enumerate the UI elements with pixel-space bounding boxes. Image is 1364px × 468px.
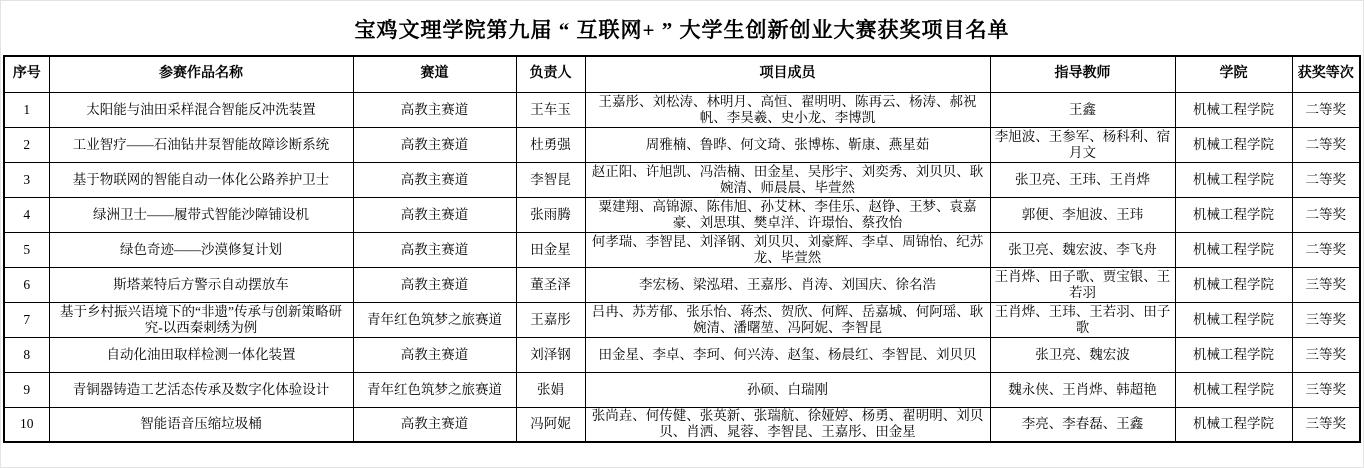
cell-college: 机械工程学院	[1175, 162, 1292, 197]
cell-leader: 王车玉	[516, 92, 585, 127]
table-body: 1太阳能与油田采样混合智能反冲洗装置高教主赛道王车玉王嘉彤、刘松涛、林明月、高恒…	[4, 92, 1360, 442]
page-title: 宝鸡文理学院第九届 “ 互联网+ ” 大学生创新创业大赛获奖项目名单	[1, 1, 1363, 55]
table-row: 1太阳能与油田采样混合智能反冲洗装置高教主赛道王车玉王嘉彤、刘松涛、林明月、高恒…	[4, 92, 1360, 127]
cell-no: 10	[4, 407, 49, 442]
cell-advisors: 王肖烨、王玮、王若羽、田子歌	[990, 302, 1175, 337]
cell-advisors: 魏永侠、王肖烨、韩超艳	[990, 372, 1175, 407]
cell-members: 吕冉、苏芳郁、张乐怡、蒋杰、贺欣、何辉、岳嘉城、何阿瑶、耿婉清、潘曙堃、冯阿妮、…	[585, 302, 990, 337]
cell-award: 二等奖	[1292, 232, 1360, 267]
cell-track: 高教主赛道	[353, 407, 516, 442]
cell-name: 自动化油田取样检测一体化装置	[49, 337, 353, 372]
cell-award: 三等奖	[1292, 337, 1360, 372]
cell-award: 三等奖	[1292, 407, 1360, 442]
cell-name: 工业智疗——石油钻井泵智能故障诊断系统	[49, 127, 353, 162]
cell-track: 高教主赛道	[353, 92, 516, 127]
cell-award: 二等奖	[1292, 92, 1360, 127]
cell-no: 6	[4, 267, 49, 302]
cell-members: 张尚垚、何传健、张英新、张瑞航、徐娅婷、杨勇、翟明明、刘贝贝、肖洒、晁蓉、李智昆…	[585, 407, 990, 442]
cell-award: 三等奖	[1292, 302, 1360, 337]
cell-no: 7	[4, 302, 49, 337]
cell-advisors: 王鑫	[990, 92, 1175, 127]
cell-college: 机械工程学院	[1175, 92, 1292, 127]
cell-leader: 田金星	[516, 232, 585, 267]
cell-no: 2	[4, 127, 49, 162]
cell-members: 王嘉彤、刘松涛、林明月、高恒、翟明明、陈再云、杨涛、郝祝帆、李昊羲、史小龙、李博…	[585, 92, 990, 127]
cell-leader: 冯阿妮	[516, 407, 585, 442]
cell-members: 赵正阳、许旭凯、冯浩楠、田金星、吴彤宇、刘奕秀、刘贝贝、耿婉清、师晨晨、毕萱然	[585, 162, 990, 197]
cell-advisors: 王肖烨、田子歌、贾宝银、王若羽	[990, 267, 1175, 302]
cell-members: 田金星、李卓、李珂、何兴涛、赵玺、杨晨红、李智昆、刘贝贝	[585, 337, 990, 372]
cell-members: 粟建翔、高锦源、陈伟旭、孙艾林、李佳乐、赵铮、王梦、袁嘉豪、刘思琪、樊卓洋、许璟…	[585, 197, 990, 232]
cell-award: 二等奖	[1292, 197, 1360, 232]
cell-track: 高教主赛道	[353, 232, 516, 267]
header-college: 学院	[1175, 56, 1292, 92]
cell-college: 机械工程学院	[1175, 197, 1292, 232]
cell-name: 智能语音压缩垃圾桶	[49, 407, 353, 442]
cell-leader: 刘泽钢	[516, 337, 585, 372]
table-row: 4绿洲卫士——履带式智能沙障铺设机高教主赛道张雨腾粟建翔、高锦源、陈伟旭、孙艾林…	[4, 197, 1360, 232]
cell-no: 8	[4, 337, 49, 372]
cell-name: 基于物联网的智能自动一体化公路养护卫士	[49, 162, 353, 197]
cell-members: 李宏杨、梁泓珺、王嘉彤、肖涛、刘国庆、徐名浩	[585, 267, 990, 302]
cell-award: 三等奖	[1292, 267, 1360, 302]
cell-name: 绿洲卫士——履带式智能沙障铺设机	[49, 197, 353, 232]
cell-track: 高教主赛道	[353, 162, 516, 197]
cell-no: 5	[4, 232, 49, 267]
table-row: 8自动化油田取样检测一体化装置高教主赛道刘泽钢田金星、李卓、李珂、何兴涛、赵玺、…	[4, 337, 1360, 372]
cell-name: 基于乡村振兴语境下的“非遗”传承与创新策略研究-以西秦刺绣为例	[49, 302, 353, 337]
cell-no: 9	[4, 372, 49, 407]
cell-college: 机械工程学院	[1175, 372, 1292, 407]
cell-college: 机械工程学院	[1175, 337, 1292, 372]
cell-college: 机械工程学院	[1175, 267, 1292, 302]
cell-track: 高教主赛道	[353, 127, 516, 162]
table-row: 7基于乡村振兴语境下的“非遗”传承与创新策略研究-以西秦刺绣为例青年红色筑梦之旅…	[4, 302, 1360, 337]
cell-leader: 王嘉彤	[516, 302, 585, 337]
table-header-row: 序号 参赛作品名称 赛道 负责人 项目成员 指导教师 学院 获奖等次	[4, 56, 1360, 92]
cell-leader: 杜勇强	[516, 127, 585, 162]
cell-advisors: 郭便、李旭波、王玮	[990, 197, 1175, 232]
cell-name: 斯塔莱特后方警示自动摆放车	[49, 267, 353, 302]
cell-track: 青年红色筑梦之旅赛道	[353, 372, 516, 407]
cell-advisors: 李亮、李春磊、王鑫	[990, 407, 1175, 442]
cell-college: 机械工程学院	[1175, 232, 1292, 267]
page: 宝鸡文理学院第九届 “ 互联网+ ” 大学生创新创业大赛获奖项目名单 序号 参赛…	[0, 0, 1364, 468]
cell-advisors: 张卫亮、魏宏波、李飞舟	[990, 232, 1175, 267]
cell-track: 高教主赛道	[353, 197, 516, 232]
cell-members: 何孝瑞、李智昆、刘泽钢、刘贝贝、刘豪辉、李卓、周锦怡、纪苏龙、毕萱然	[585, 232, 990, 267]
cell-award: 三等奖	[1292, 372, 1360, 407]
header-name: 参赛作品名称	[49, 56, 353, 92]
header-award: 获奖等次	[1292, 56, 1360, 92]
table-row: 3基于物联网的智能自动一体化公路养护卫士高教主赛道李智昆赵正阳、许旭凯、冯浩楠、…	[4, 162, 1360, 197]
cell-award: 二等奖	[1292, 127, 1360, 162]
cell-name: 绿色奇迹——沙漠修复计划	[49, 232, 353, 267]
header-advisors: 指导教师	[990, 56, 1175, 92]
cell-track: 高教主赛道	[353, 267, 516, 302]
cell-no: 3	[4, 162, 49, 197]
table-row: 10智能语音压缩垃圾桶高教主赛道冯阿妮张尚垚、何传健、张英新、张瑞航、徐娅婷、杨…	[4, 407, 1360, 442]
cell-name: 太阳能与油田采样混合智能反冲洗装置	[49, 92, 353, 127]
cell-advisors: 张卫亮、魏宏波	[990, 337, 1175, 372]
table-row: 5绿色奇迹——沙漠修复计划高教主赛道田金星何孝瑞、李智昆、刘泽钢、刘贝贝、刘豪辉…	[4, 232, 1360, 267]
cell-leader: 张娟	[516, 372, 585, 407]
cell-leader: 李智昆	[516, 162, 585, 197]
cell-track: 青年红色筑梦之旅赛道	[353, 302, 516, 337]
cell-members: 孙硕、白瑞刚	[585, 372, 990, 407]
header-leader: 负责人	[516, 56, 585, 92]
cell-leader: 董圣泽	[516, 267, 585, 302]
cell-no: 1	[4, 92, 49, 127]
header-no: 序号	[4, 56, 49, 92]
header-track: 赛道	[353, 56, 516, 92]
awards-table: 序号 参赛作品名称 赛道 负责人 项目成员 指导教师 学院 获奖等次 1太阳能与…	[3, 55, 1361, 443]
cell-college: 机械工程学院	[1175, 407, 1292, 442]
cell-college: 机械工程学院	[1175, 302, 1292, 337]
table-row: 9青铜器铸造工艺活态传承及数字化体验设计青年红色筑梦之旅赛道张娟孙硕、白瑞刚魏永…	[4, 372, 1360, 407]
cell-award: 二等奖	[1292, 162, 1360, 197]
header-members: 项目成员	[585, 56, 990, 92]
table-row: 6斯塔莱特后方警示自动摆放车高教主赛道董圣泽李宏杨、梁泓珺、王嘉彤、肖涛、刘国庆…	[4, 267, 1360, 302]
cell-college: 机械工程学院	[1175, 127, 1292, 162]
cell-no: 4	[4, 197, 49, 232]
table-row: 2工业智疗——石油钻井泵智能故障诊断系统高教主赛道杜勇强周雅楠、鲁晔、何文琦、张…	[4, 127, 1360, 162]
cell-members: 周雅楠、鲁晔、何文琦、张博栋、靳康、燕星茹	[585, 127, 990, 162]
cell-leader: 张雨腾	[516, 197, 585, 232]
cell-track: 高教主赛道	[353, 337, 516, 372]
cell-advisors: 张卫亮、王玮、王肖烨	[990, 162, 1175, 197]
cell-advisors: 李旭波、王参军、杨科利、宿月文	[990, 127, 1175, 162]
cell-name: 青铜器铸造工艺活态传承及数字化体验设计	[49, 372, 353, 407]
